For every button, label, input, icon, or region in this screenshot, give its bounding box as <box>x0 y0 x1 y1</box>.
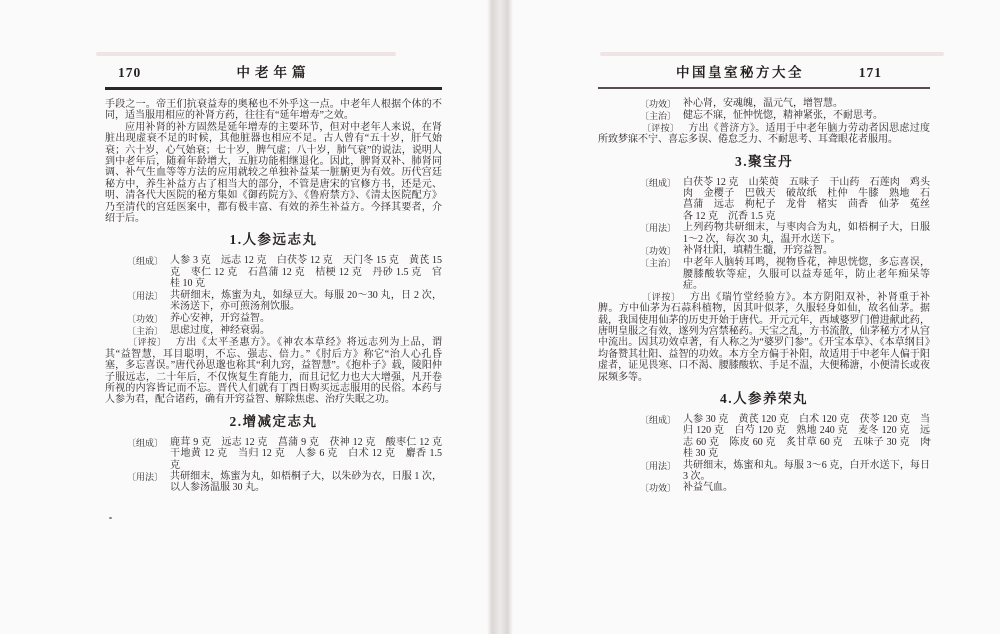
recipe-entry: 〔组成〕人参 30 克 黄芪 120 克 白术 120 克 茯苓 120 克 当… <box>598 414 930 460</box>
entry-text: 上列药物共研细末，与枣肉合为丸，如梧桐子大，日服 1～2 次，每次 30 丸，温… <box>683 222 930 245</box>
right-page-number: 171 <box>859 64 882 81</box>
recipe-entry: 〔组成〕鹿茸 9 克 远志 12 克 菖蒲 9 克 茯神 12 克 酸枣仁 12… <box>105 437 442 471</box>
entry-text: 白茯苓 12 克 山茱萸 五味子 干山药 石莲肉 鸡头肉 金樱子 巴戟天 破故纸… <box>683 177 930 223</box>
right-header-rule <box>598 87 930 89</box>
entry-text: 人参 3 克 远志 12 克 白茯苓 12 克 天门冬 15 克 黄芪 15 克… <box>170 255 442 289</box>
left-page-header: 170 中老年篇 <box>105 58 442 87</box>
recipe-heading: 1.人参远志丸 <box>105 232 442 248</box>
recipe-heading: 3.聚宝丹 <box>598 154 930 170</box>
comment-paragraph: 〔评按〕方出《瑞竹堂经验方》。本方阴阳双补，补肾重于补脾。方中仙茅为石蒜科植物，… <box>598 292 930 383</box>
recipe-entry: 〔功效〕养心安神，开窍益智。 <box>105 313 442 325</box>
entry-label: 〔主治〕 <box>127 325 163 337</box>
scan-edge-artifact-right <box>600 52 944 56</box>
recipe-entry: 〔主治〕思虑过度，神经衰弱。 <box>105 325 442 337</box>
recipe-entry: 〔用法〕上列药物共研细末，与枣肉合为丸，如梧桐子大，日服 1～2 次，每次 30… <box>598 222 930 245</box>
recipe-entry: 〔功效〕补肾壮阳，填精生髓，开窍益智。 <box>598 245 930 257</box>
page-gutter-shadow <box>487 0 513 634</box>
right-page: 中国皇室秘方大全 171 〔功效〕补心肾，安魂魄，温元气，增智慧。〔主治〕健忘不… <box>598 58 930 495</box>
entry-text: 鹿茸 9 克 远志 12 克 菖蒲 9 克 茯神 12 克 酸枣仁 12 克 干… <box>170 437 442 471</box>
entry-text: 补心肾，安魂魄，温元气，增智慧。 <box>683 98 930 110</box>
entry-label: 〔组成〕 <box>127 255 163 289</box>
entry-label: 〔用法〕 <box>640 222 676 245</box>
comment-text: 方出《太平圣惠方》。《神农本草经》将远志列为上品，谓其“益智慧，耳目聪明，不忘、… <box>105 337 442 405</box>
entry-text: 健忘不寐，怔忡恍惚，精神紧张，不耐思考。 <box>683 110 930 122</box>
recipe-entry: 〔主治〕中老年人脑转耳鸣，视物昏花，神思恍惚，多忘喜误，腰膝酸软等症，久服可以益… <box>598 257 930 291</box>
scanned-book-spread: { "left_page": { "page_number": "170", "… <box>0 0 1000 634</box>
recipe-heading: 2.增减定志丸 <box>105 414 442 430</box>
left-page-number: 170 <box>105 64 141 81</box>
entry-label: 〔评按〕 <box>642 292 681 302</box>
entry-text: 养心安神，开窍益智。 <box>170 313 442 325</box>
entry-label: 〔组成〕 <box>127 437 163 471</box>
entry-label: 〔用法〕 <box>127 290 163 313</box>
recipe-entry: 〔主治〕健忘不寐，怔忡恍惚，精神紧张，不耐思考。 <box>598 110 930 122</box>
entry-text: 中老年人脑转耳鸣，视物昏花，神思恍惚，多忘喜误，腰膝酸软等症，久服可以益寿延年，… <box>683 257 930 291</box>
recipe-entry: 〔功效〕补益气血。 <box>598 482 930 494</box>
left-page: 170 中老年篇 手段之一。帝王们抗衰益寿的奥秘也不外乎这一点。中老年人根据个体… <box>105 58 442 494</box>
recipe-entry: 〔用法〕共研细末，炼蜜为丸，如梧桐子大，以朱砂为衣，日服 1 次，以人参汤温服 … <box>105 471 442 494</box>
recipe-entry: 〔功效〕补心肾，安魂魄，温元气，增智慧。 <box>598 98 930 110</box>
entry-label: 〔评按〕 <box>642 123 679 133</box>
entry-label: 〔功效〕 <box>127 313 163 325</box>
entry-label: 〔组成〕 <box>640 177 676 223</box>
entry-label: 〔功效〕 <box>640 98 676 110</box>
entry-text: 补肾壮阳，填精生髓，开窍益智。 <box>683 245 930 257</box>
entry-text: 思虑过度，神经衰弱。 <box>170 325 442 337</box>
scan-speck <box>109 517 112 519</box>
comment-paragraph: 〔评按〕方出《太平圣惠方》。《神农本草经》将远志列为上品，谓其“益智慧，耳目聪明… <box>105 337 442 405</box>
comment-paragraph: 〔评按〕方出《普济方》。适用于中老年脑力劳动者因思虑过度所致梦寐不宁、喜忘多误、… <box>598 123 930 146</box>
scan-edge-artifact-left <box>96 52 396 56</box>
recipe-heading: 4.人参养荣丸 <box>598 391 930 407</box>
entry-text: 共研细末，炼蜜和丸。每服 3～6 克，白开水送下，每日 3 次。 <box>683 460 930 483</box>
right-page-header: 中国皇室秘方大全 171 <box>598 58 930 87</box>
left-page-body: 手段之一。帝王们抗衰益寿的奥秘也不外乎这一点。中老年人根据个体的不同，适当服用相… <box>105 97 442 494</box>
entry-label: 〔用法〕 <box>127 471 163 494</box>
body-paragraph: 手段之一。帝王们抗衰益寿的奥秘也不外乎这一点。中老年人根据个体的不同，适当服用相… <box>105 99 442 122</box>
entry-label: 〔用法〕 <box>640 460 676 483</box>
entry-label: 〔评按〕 <box>128 337 167 347</box>
entry-label: 〔主治〕 <box>640 110 676 122</box>
recipe-entry: 〔用法〕共研细末，炼蜜和丸。每服 3～6 克，白开水送下，每日 3 次。 <box>598 460 930 483</box>
entry-text: 共研细末，炼蜜为丸，如梧桐子大，以朱砂为衣，日服 1 次，以人参汤温服 30 丸… <box>170 471 442 494</box>
body-paragraph: 应用补肾的补方固然是延年增寿的主要环节，但对中老年人来说，在肾脏出现虚衰不足的时… <box>105 122 442 225</box>
comment-text: 方出《瑞竹堂经验方》。本方阴阳双补，补肾重于补脾。方中仙茅为石蒜科植物，因其叶似… <box>598 292 930 383</box>
entry-label: 〔功效〕 <box>640 482 676 494</box>
entry-text: 共研细末，炼蜜为丸，如绿豆大。每服 20～30 丸，日 2 次，米汤送下，亦可煎… <box>170 290 442 313</box>
entry-label: 〔主治〕 <box>640 257 676 291</box>
entry-text: 补益气血。 <box>683 482 930 494</box>
entry-label: 〔组成〕 <box>640 414 676 460</box>
right-running-title: 中国皇室秘方大全 <box>676 64 804 81</box>
recipe-entry: 〔组成〕白茯苓 12 克 山茱萸 五味子 干山药 石莲肉 鸡头肉 金樱子 巴戟天… <box>598 177 930 223</box>
left-running-title: 中老年篇 <box>237 64 311 81</box>
entry-label: 〔功效〕 <box>640 245 676 257</box>
entry-text: 人参 30 克 黄芪 120 克 白术 120 克 茯苓 120 克 当归 12… <box>683 414 930 460</box>
recipe-entry: 〔组成〕人参 3 克 远志 12 克 白茯苓 12 克 天门冬 15 克 黄芪 … <box>105 255 442 289</box>
left-header-rule <box>105 87 442 90</box>
right-page-body: 〔功效〕补心肾，安魂魄，温元气，增智慧。〔主治〕健忘不寐，怔忡恍惚，精神紧张，不… <box>598 96 930 495</box>
recipe-entry: 〔用法〕共研细末，炼蜜为丸，如绿豆大。每服 20～30 丸，日 2 次，米汤送下… <box>105 290 442 313</box>
